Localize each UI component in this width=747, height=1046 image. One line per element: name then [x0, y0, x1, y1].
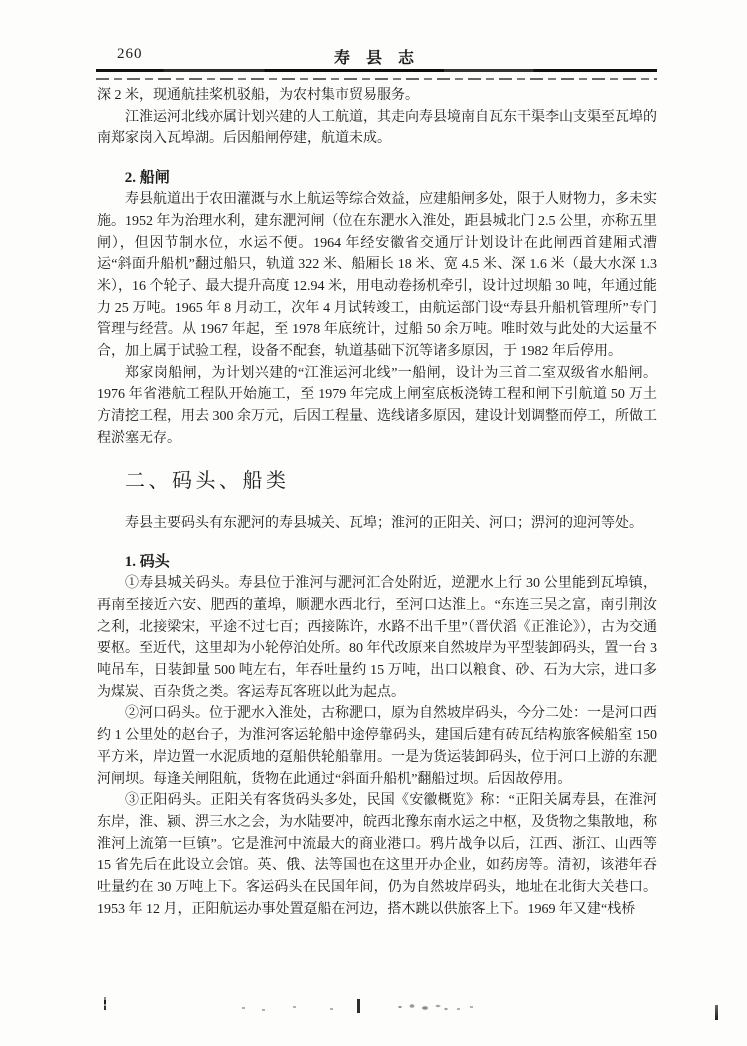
paragraph-zhengjiagang-lock: 郑家岗船闸，为计划兴建的“江淮运河北线”一船闸，设计为三首二室双级省水船闸。19…: [97, 363, 657, 450]
paragraph-dongfei-river-lock: 寿县航道出于农田灌溉与水上航运等综合效益，应建船闸多处，限于人财物力，多未实施。…: [97, 189, 657, 363]
paragraph-channel-continuation: 深 2 米，现通航挂桨机驳船，为农村集市贸易服务。: [97, 85, 657, 107]
scan-artifact-dot: [330, 1008, 333, 1010]
scanned-book-page: 260 寿 县 志 深 2 米，现通航挂桨机驳船，为农村集市贸易服务。 江淮运河…: [0, 0, 747, 1046]
scan-artifact-dot: [470, 1006, 473, 1008]
scan-artifact-dot: [262, 1009, 265, 1011]
paragraph-hekou-dock: ②河口码头。位于淝水入淮处，古称淝口，原为自然坡岸码头，今分二处：一是河口西约 …: [97, 703, 657, 790]
heading-docks: 1. 码头: [97, 551, 657, 573]
page-header: 260 寿 县 志: [97, 44, 657, 68]
heading-docks-and-boats: 二、码头、船类: [97, 466, 657, 496]
header-rule-broken: [96, 78, 657, 80]
paragraph-chengguan-dock: ①寿县城关码头。寿县位于淮河与淝河汇合处附近，逆淝水上行 30 公里能到瓦埠镇，…: [97, 573, 657, 703]
header-rule-solid: [96, 69, 657, 72]
heading-ship-locks: 2. 船闸: [97, 167, 657, 189]
page-body: 深 2 米，现通航挂桨机驳船，为农村集市贸易服务。 江淮运河北线亦属计划兴建的人…: [97, 85, 657, 921]
scan-artifact-left-tick: [104, 997, 106, 1010]
paragraph-docks-overview: 寿县主要码头有东淝河的寿县城关、瓦埠；淮河的正阳关、河口；淠河的迎河等处。: [97, 513, 657, 535]
paragraph-jianghuai-canal-north-line: 江淮运河北线亦属计划兴建的人工航道，其走向寿县境南自瓦东干渠李山支渠至瓦埠的南郑…: [97, 107, 657, 150]
paragraph-zhengyang-dock: ③正阳码头。正阳关有客货码头多处，民国《安徽概览》称：“正阳关属寿县，在淮河东岸…: [97, 790, 657, 920]
scan-artifact-smudge: [392, 1002, 450, 1012]
scan-artifact-right-bar: [715, 1005, 718, 1020]
scan-artifact-dot: [457, 1008, 460, 1010]
scan-artifact-dot: [293, 1006, 296, 1008]
scan-artifact-mid-bar: [357, 999, 360, 1013]
scan-artifact-dot: [242, 1007, 245, 1009]
book-title: 寿 县 志: [97, 45, 657, 68]
